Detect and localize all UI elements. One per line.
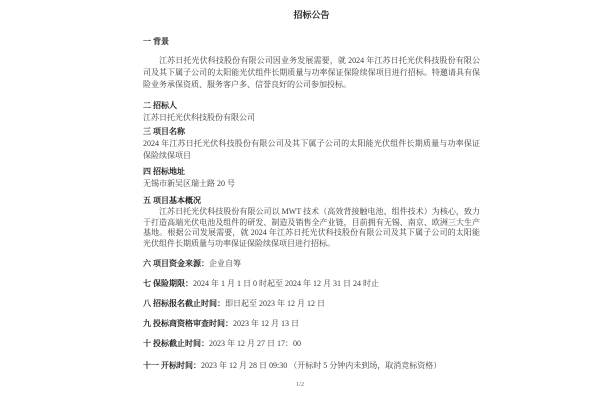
section-body: 江苏日托光伏科技股份有限公司以 MWT 技术（高效背接触电池、组件技术）为核心，… [143, 207, 480, 249]
document-content: 招标公告 一 背景 江苏日托光伏科技股份有限公司因业务发展需要，就 2024 年… [143, 0, 480, 372]
section-tenderer: 二 招标人 江苏日托光伏科技股份有限公司 [143, 100, 480, 124]
section-value: 即日起至 2023 年 12 月 12 日 [225, 299, 325, 308]
section-qualification-review-time: 九 投标商资格审查时间：2023 年 12 月 13 日 [143, 318, 480, 330]
section-tender-address: 四 招标地址 无锡市新吴区瑞士路 20 号 [143, 166, 480, 190]
page-number: 1/2 [0, 381, 600, 388]
tender-announcement-page: 招标公告 一 背景 江苏日托光伏科技股份有限公司因业务发展需要，就 2024 年… [0, 0, 600, 400]
section-heading: 三 项目名称 [143, 126, 480, 138]
section-heading: 六 项目资金来源： [143, 259, 209, 268]
section-heading: 八 招标报名截止时间： [143, 299, 225, 308]
section-value: 2023 年 12 月 27 日 17：00 [209, 339, 301, 348]
section-heading: 十 投标截止时间： [143, 339, 209, 348]
section-background: 一 背景 江苏日托光伏科技股份有限公司因业务发展需要，就 2024 年江苏日托光… [143, 36, 480, 91]
section-registration-deadline: 八 招标报名截止时间：即日起至 2023 年 12 月 12 日 [143, 298, 480, 310]
section-heading: 七 保险期限： [143, 279, 193, 288]
section-insurance-period: 七 保险期限：2024 年 1 月 1 日 0 时起至 2024 年 12 月 … [143, 278, 480, 290]
section-heading: 二 招标人 [143, 100, 480, 112]
section-heading: 一 背景 [143, 36, 480, 48]
section-value: 2023 年 12 月 13 日 [233, 319, 299, 328]
section-heading: 四 招标地址 [143, 166, 480, 178]
section-body: 2024 年江苏日托光伏科技股份有限公司及其下属子公司的太阳能光伏组件长期质量与… [143, 138, 480, 162]
section-value: 企业自筹 [209, 259, 241, 268]
section-project-name: 三 项目名称 2024 年江苏日托光伏科技股份有限公司及其下属子公司的太阳能光伏… [143, 126, 480, 162]
section-project-overview: 五 项目基本概况 江苏日托光伏科技股份有限公司以 MWT 技术（高效背接触电池、… [143, 195, 480, 249]
section-body: 江苏日托光伏科技股份有限公司因业务发展需要，就 2024 年江苏日托光伏科技股份… [143, 55, 480, 91]
section-value: 2023 年 12 月 28 日 09:30 （开标时 5 分钟内未到场，取消竞… [201, 361, 441, 370]
section-body: 无锡市新吴区瑞士路 20 号 [143, 178, 480, 190]
section-value: 2024 年 1 月 1 日 0 时起至 2024 年 12 月 31 日 24… [193, 279, 379, 288]
section-heading: 十一 开标时间： [143, 361, 201, 370]
section-bid-deadline: 十 投标截止时间：2023 年 12 月 27 日 17：00 [143, 338, 480, 350]
section-heading: 九 投标商资格审查时间： [143, 319, 233, 328]
section-bid-opening-time: 十一 开标时间：2023 年 12 月 28 日 09:30 （开标时 5 分钟… [143, 360, 480, 372]
section-funding-source: 六 项目资金来源：企业自筹 [143, 258, 480, 270]
section-heading: 五 项目基本概况 [143, 195, 480, 207]
section-body: 江苏日托光伏科技股份有限公司 [143, 112, 480, 124]
document-title: 招标公告 [143, 0, 480, 21]
